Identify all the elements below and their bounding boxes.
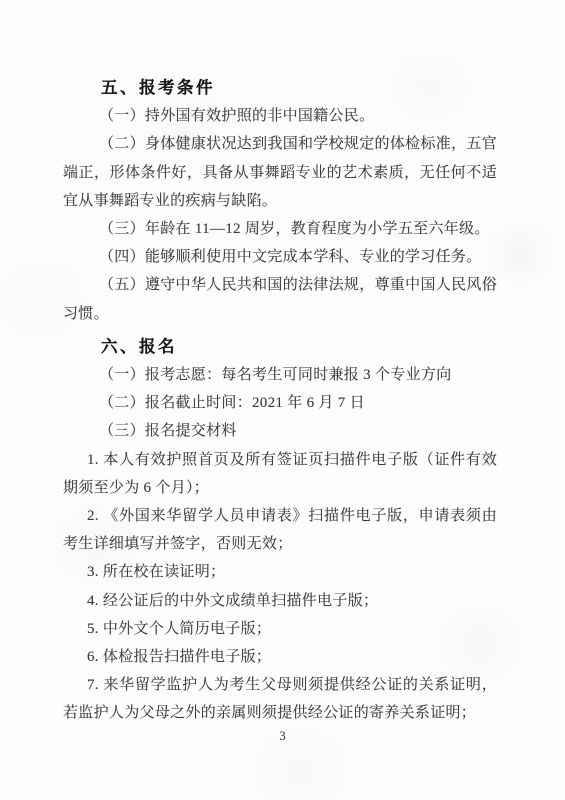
material-item: 1. 本人有效护照首页及所有签证页扫描件电子版（证件有效期须至少为 6 个月）；	[63, 446, 497, 502]
document-page: 五、报考条件 （一）持外国有效护照的非中国籍公民。 （二）身体健康状况达到我国和…	[0, 0, 565, 800]
clause-paragraph: （一）持外国有效护照的非中国籍公民。	[63, 102, 497, 130]
clause-paragraph: （四）能够顺利使用中文完成本学科、专业的学习任务。	[63, 243, 497, 271]
clause-paragraph: （三）报名提交材料	[63, 417, 497, 445]
clause-paragraph: （二）报名截止时间：2021 年 6 月 7 日	[63, 389, 497, 417]
section-heading-registration: 六、报名	[63, 333, 497, 361]
material-item: 4. 经公证后的中外文成绩单扫描件电子版；	[63, 587, 497, 615]
material-item: 3. 所在校在读证明；	[63, 558, 497, 586]
page-number: 3	[0, 729, 565, 744]
clause-paragraph: （五）遵守中华人民共和国的法律法规，尊重中国人民风俗习惯。	[63, 271, 497, 327]
page-content: 五、报考条件 （一）持外国有效护照的非中国籍公民。 （二）身体健康状况达到我国和…	[63, 74, 497, 728]
clause-paragraph: （二）身体健康状况达到我国和学校规定的体检标准，五官端正，形体条件好，具备从事舞…	[63, 130, 497, 215]
material-item: 7. 来华留学监护人为考生父母则须提供经公证的关系证明，若监护人为父母之外的亲属…	[63, 671, 497, 727]
section-heading-application-requirements: 五、报考条件	[63, 74, 497, 102]
clause-paragraph: （一）报考志愿：每名考生可同时兼报 3 个专业方向	[63, 361, 497, 389]
material-item: 6. 体检报告扫描件电子版；	[63, 643, 497, 671]
clause-paragraph: （三）年龄在 11—12 周岁，教育程度为小学五至六年级。	[63, 215, 497, 243]
material-item: 5. 中外文个人简历电子版；	[63, 615, 497, 643]
material-item: 2. 《外国来华留学人员申请表》扫描件电子版，申请表须由考生详细填写并签字，否则…	[63, 502, 497, 558]
